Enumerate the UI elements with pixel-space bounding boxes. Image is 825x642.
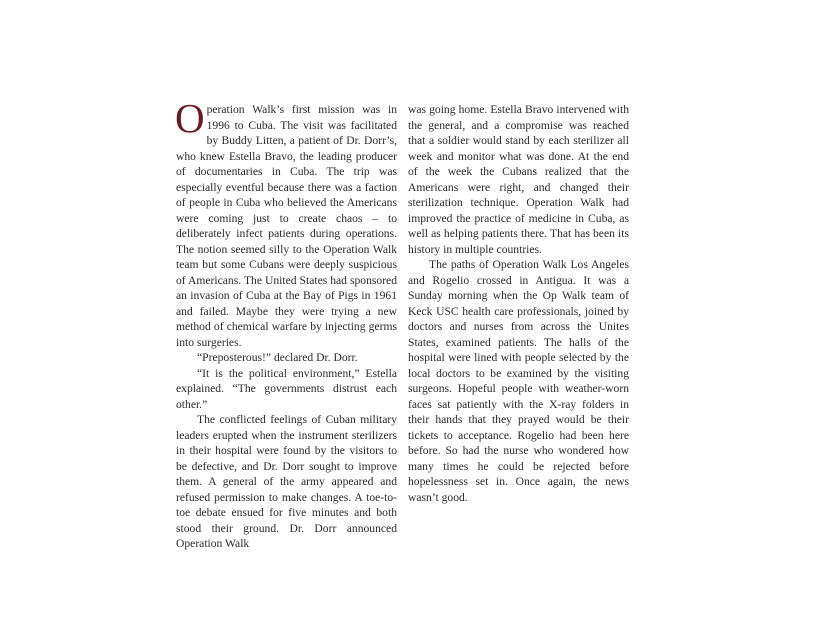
text-column-left: Operation Walk’s first mission was in 19…	[176, 102, 397, 552]
paragraph-conflicted-feelings: The conflicted feelings of Cuban militar…	[176, 412, 397, 552]
book-page: Operation Walk’s first mission was in 19…	[0, 0, 825, 642]
text-column-right: was going home. Estella Bravo intervened…	[408, 102, 629, 505]
paragraph-text: peration Walk’s first mission was in 199…	[176, 103, 397, 349]
paragraph-quote-political: “It is the political environment,” Estel…	[176, 366, 397, 413]
drop-cap: O	[175, 103, 205, 134]
paragraph-opening: Operation Walk’s first mission was in 19…	[176, 102, 397, 350]
paragraph-paths-crossed: The paths of Operation Walk Los Angeles …	[408, 257, 629, 505]
paragraph-quote-preposterous: “Preposterous!” declared Dr. Dorr.	[176, 350, 397, 366]
paragraph-continued: was going home. Estella Bravo intervened…	[408, 102, 629, 257]
